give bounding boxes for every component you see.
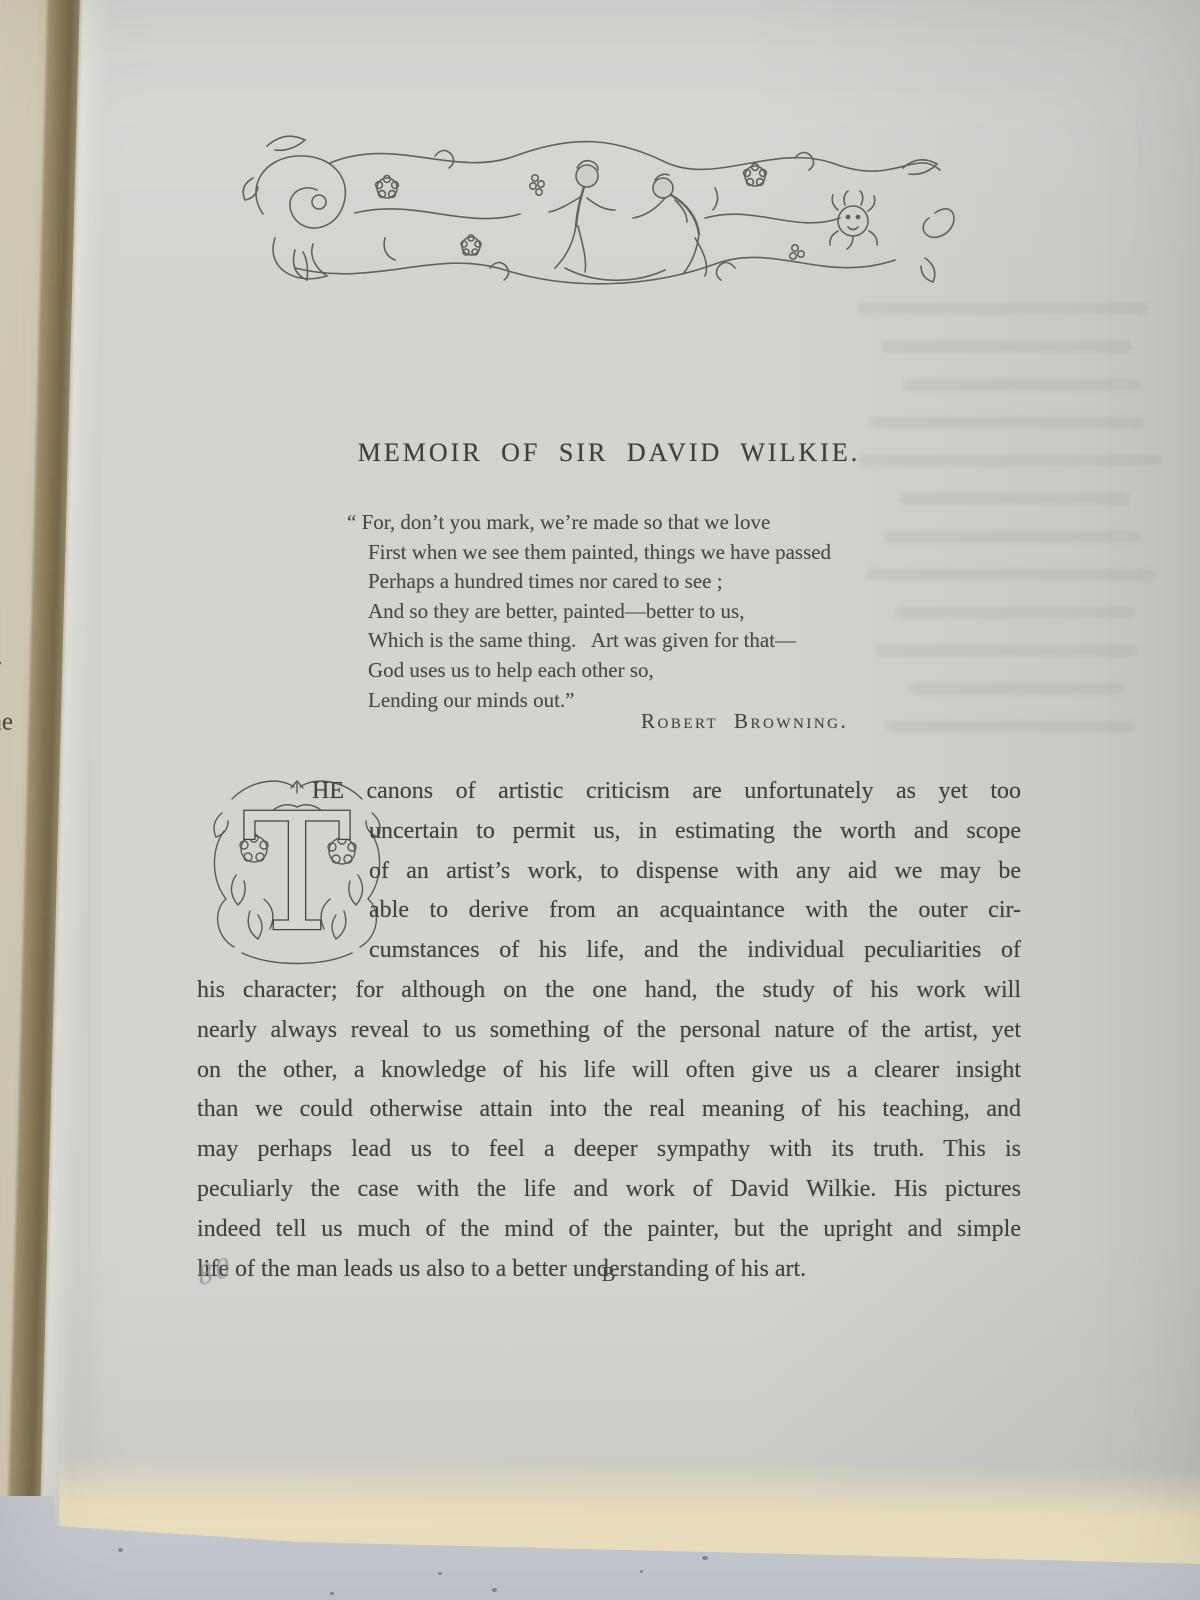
speck — [118, 1548, 123, 1552]
epigraph-line: Which is the same thing. Art was given f… — [368, 626, 888, 656]
epigraph-quote: “ For, don’t you mark, we’re made so tha… — [368, 508, 888, 715]
facing-page-text-fragment: S. — [0, 638, 4, 673]
body-text-line: peculiarly the case with the life and wo… — [197, 1170, 1021, 1210]
speck — [330, 1592, 334, 1595]
body-text-line: nearly always reveal to us something of … — [197, 1011, 1021, 1051]
body-text-line: able to derive from an acquaintance with… — [197, 891, 1021, 931]
headpiece-engraving-ornament — [235, 118, 965, 300]
body-paragraph: HE canons of artistic criticism are unfo… — [197, 772, 1021, 1289]
epigraph-attribution: Robert Browning. — [641, 709, 848, 734]
body-text-line: may perhaps lead us to feel a deeper sym… — [197, 1130, 1021, 1170]
book-page: MEMOIR OF SIR DAVID WILKIE. “ For, don’t… — [0, 0, 1200, 1600]
show-through-line — [905, 379, 1140, 390]
speck — [492, 1588, 497, 1592]
show-through-line — [885, 531, 1140, 542]
epigraph-line: First when we see them painted, things w… — [368, 538, 888, 568]
show-through-line — [886, 721, 1134, 732]
show-through-line — [900, 493, 1130, 504]
facing-page-text-fragment: the — [0, 708, 13, 737]
body-text-line: than we could otherwise attain into the … — [197, 1090, 1021, 1130]
show-through-line — [866, 569, 1154, 580]
speck — [702, 1556, 708, 1560]
speck — [438, 1572, 442, 1575]
show-through-line — [858, 303, 1148, 314]
show-through-line — [875, 645, 1137, 656]
lion-mask — [830, 191, 877, 249]
epigraph-line: “ For, don’t you mark, we’re made so tha… — [368, 508, 888, 538]
signature-mark: B — [197, 1262, 1021, 1287]
body-text-line: on the other, a knowledge of his life wi… — [197, 1051, 1021, 1091]
body-text-line: his character; for although on the one h… — [197, 971, 1021, 1011]
body-text-line: HE canons of artistic criticism are unfo… — [197, 772, 1021, 812]
show-through-line — [882, 341, 1132, 352]
epigraph-line: And so they are better, painted—better t… — [368, 597, 888, 627]
show-through-line — [895, 607, 1135, 618]
body-text-line: of an artist’s work, to dispense with an… — [197, 852, 1021, 892]
body-text-line: indeed tell us much of the mind of the p… — [197, 1210, 1021, 1250]
body-text-line: cumstances of his life, and the individu… — [197, 931, 1021, 971]
epigraph-line: Perhaps a hundred times nor cared to see… — [368, 567, 888, 597]
show-through-line — [870, 417, 1142, 428]
epigraph-line: God uses us to help each other so, — [368, 656, 888, 686]
speck — [640, 1570, 643, 1573]
show-through-line — [910, 683, 1125, 694]
page-title: MEMOIR OF SIR DAVID WILKIE. — [197, 438, 1021, 468]
putti-figures — [549, 161, 707, 276]
body-text-line: uncertain to permit us, in estimating th… — [197, 812, 1021, 852]
